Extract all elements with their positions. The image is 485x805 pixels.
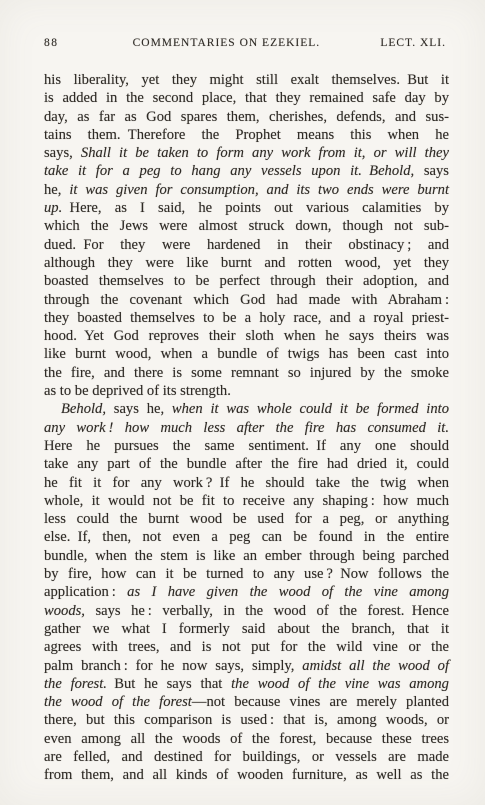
italic-text: take it for a peg to hang any vessels up…: [44, 163, 414, 179]
roman-text: Here, as I said, he points out various c…: [62, 200, 449, 216]
roman-text: from them, and all kinds of wooden furni…: [44, 767, 449, 783]
text-line: whole, it would not be fit to receive an…: [44, 492, 449, 510]
text-line: by fire, how can it be turned to any use…: [44, 565, 449, 583]
text-line: Behold, says he, when it was whole could…: [44, 400, 449, 418]
text-line: less could the burnt wood be used for a …: [44, 510, 449, 528]
text-line: the wood of the forest—not because vines…: [44, 693, 449, 711]
text-line: else. If, then, not even a peg can be fo…: [44, 528, 449, 546]
roman-text: application :: [44, 584, 127, 600]
italic-text: amidst all the wood of: [302, 658, 449, 674]
italic-text: any work ! how much less after the fire …: [44, 420, 449, 436]
text-line: boasted themselves to be perfect through…: [44, 272, 449, 290]
roman-text: boasted themselves to be perfect through…: [44, 273, 449, 289]
text-line: his liberality, yet they might still exa…: [44, 71, 449, 89]
text-line: there, but this comparison is used : tha…: [44, 711, 449, 729]
roman-text: there, but this comparison is used : tha…: [44, 712, 449, 728]
text-line: agrees with trees, and is not put for th…: [44, 638, 449, 656]
text-line: woods, says he : verbally, in the wood o…: [44, 602, 449, 620]
roman-text: says: [414, 163, 449, 179]
text-line: he fit it for any work ? If he should ta…: [44, 474, 449, 492]
text-line: take it for a peg to hang any vessels up…: [44, 162, 449, 180]
roman-text: by fire, how can it be turned to any use…: [44, 566, 449, 582]
roman-text: gather we what I formerly said about the…: [44, 621, 449, 637]
roman-text: which the Jews were almost struck down, …: [44, 218, 449, 234]
text-line: he, it was given for consumption, and it…: [44, 181, 449, 199]
roman-text: he fit it for any work ? If he should ta…: [44, 475, 449, 491]
text-line: as to be deprived of its strength.: [44, 382, 449, 400]
text-line: are felled, and destined for buildings, …: [44, 748, 449, 766]
roman-text: are felled, and destined for buildings, …: [44, 749, 449, 765]
running-header: 88 COMMENTARIES ON EZEKIEL. LECT. XLI.: [44, 37, 446, 49]
roman-text: through the covenant which God had made …: [44, 292, 449, 308]
italic-text: when it was whole could it be formed int…: [172, 401, 449, 417]
italic-text: the wood of the vine was among: [231, 676, 449, 692]
italic-text: Behold,: [61, 401, 106, 417]
roman-text: dued. For they were hardened in their ob…: [44, 237, 449, 253]
text-line: like burnt wood, when a bundle of twigs …: [44, 345, 449, 363]
roman-text: says he : verbally, in the wood of the f…: [85, 603, 449, 619]
text-line: hood. Yet God reproves their sloth when …: [44, 327, 449, 345]
text-line: tains them. Therefore the Prophet means …: [44, 126, 449, 144]
roman-text: like burnt wood, when a bundle of twigs …: [44, 346, 449, 362]
book-page: 88 COMMENTARIES ON EZEKIEL. LECT. XLI. h…: [0, 0, 485, 805]
roman-text: else. If, then, not even a peg can be fo…: [44, 529, 449, 545]
text-line: day, as far as God spares them, cherishe…: [44, 108, 449, 126]
text-line: is added in the second place, that they …: [44, 89, 449, 107]
italic-text: the forest.: [44, 676, 107, 692]
italic-text: the wood of the forest: [44, 694, 192, 710]
text-line: take any part of the bundle after the fi…: [44, 455, 449, 473]
text-line: from them, and all kinds of wooden furni…: [44, 766, 449, 784]
roman-text: tains them. Therefore the Prophet means …: [44, 127, 449, 143]
roman-text: he,: [44, 182, 69, 198]
roman-text: bundle, when the stem is like an ember t…: [44, 548, 449, 564]
text-line: dued. For they were hardened in their ob…: [44, 236, 449, 254]
italic-text: woods,: [44, 603, 85, 619]
roman-text: says he,: [106, 401, 172, 417]
italic-text: Shall it be taken to form any work from …: [81, 145, 449, 161]
page-number: 88: [44, 37, 59, 49]
text-line: Here he pursues the same sentiment. If a…: [44, 437, 449, 455]
roman-text: is added in the second place, that they …: [44, 90, 449, 106]
roman-text: But he says that: [107, 676, 231, 692]
text-line: any work ! how much less after the fire …: [44, 419, 449, 437]
roman-text: although they were like burnt and rotten…: [44, 255, 449, 271]
text-line: palm branch : for he now says, simply, a…: [44, 657, 449, 675]
italic-text: as I have given the wood of the vine amo…: [127, 584, 449, 600]
text-line: the fire, and there is some remnant so i…: [44, 364, 449, 382]
italic-text: it was given for consumption, and its tw…: [69, 182, 449, 198]
roman-text: they boasted themselves to be a holy rac…: [44, 310, 449, 326]
roman-text: his liberality, yet they might still exa…: [44, 72, 449, 88]
roman-text: says,: [44, 145, 81, 161]
roman-text: day, as far as God spares them, cherishe…: [44, 109, 449, 125]
text-line: which the Jews were almost struck down, …: [44, 217, 449, 235]
text-line: although they were like burnt and rotten…: [44, 254, 449, 272]
roman-text: as to be deprived of its strength.: [44, 383, 231, 399]
text-line: even among all the woods of the forest, …: [44, 730, 449, 748]
roman-text: —not because vines are merely planted: [192, 694, 449, 710]
text-line: application : as I have given the wood o…: [44, 583, 449, 601]
running-title: COMMENTARIES ON EZEKIEL.: [59, 37, 381, 49]
text-line: bundle, when the stem is like an ember t…: [44, 547, 449, 565]
roman-text: whole, it would not be fit to receive an…: [44, 493, 449, 509]
roman-text: palm branch : for he now says, simply,: [44, 658, 302, 674]
roman-text: agrees with trees, and is not put for th…: [44, 639, 449, 655]
roman-text: the fire, and there is some remnant so i…: [44, 365, 449, 381]
text-line: the forest. But he says that the wood of…: [44, 675, 449, 693]
italic-text: up.: [44, 200, 62, 216]
text-line: says, Shall it be taken to form any work…: [44, 144, 449, 162]
text-line: through the covenant which God had made …: [44, 291, 449, 309]
page-body: his liberality, yet they might still exa…: [44, 71, 449, 785]
roman-text: Here he pursues the same sentiment. If a…: [44, 438, 449, 454]
text-line: they boasted themselves to be a holy rac…: [44, 309, 449, 327]
text-line: up. Here, as I said, he points out vario…: [44, 199, 449, 217]
roman-text: less could the burnt wood be used for a …: [44, 511, 449, 527]
roman-text: take any part of the bundle after the fi…: [44, 456, 449, 472]
lecture-number: LECT. XLI.: [380, 37, 446, 49]
roman-text: even among all the woods of the forest, …: [44, 731, 449, 747]
roman-text: hood. Yet God reproves their sloth when …: [44, 328, 449, 344]
text-line: gather we what I formerly said about the…: [44, 620, 449, 638]
